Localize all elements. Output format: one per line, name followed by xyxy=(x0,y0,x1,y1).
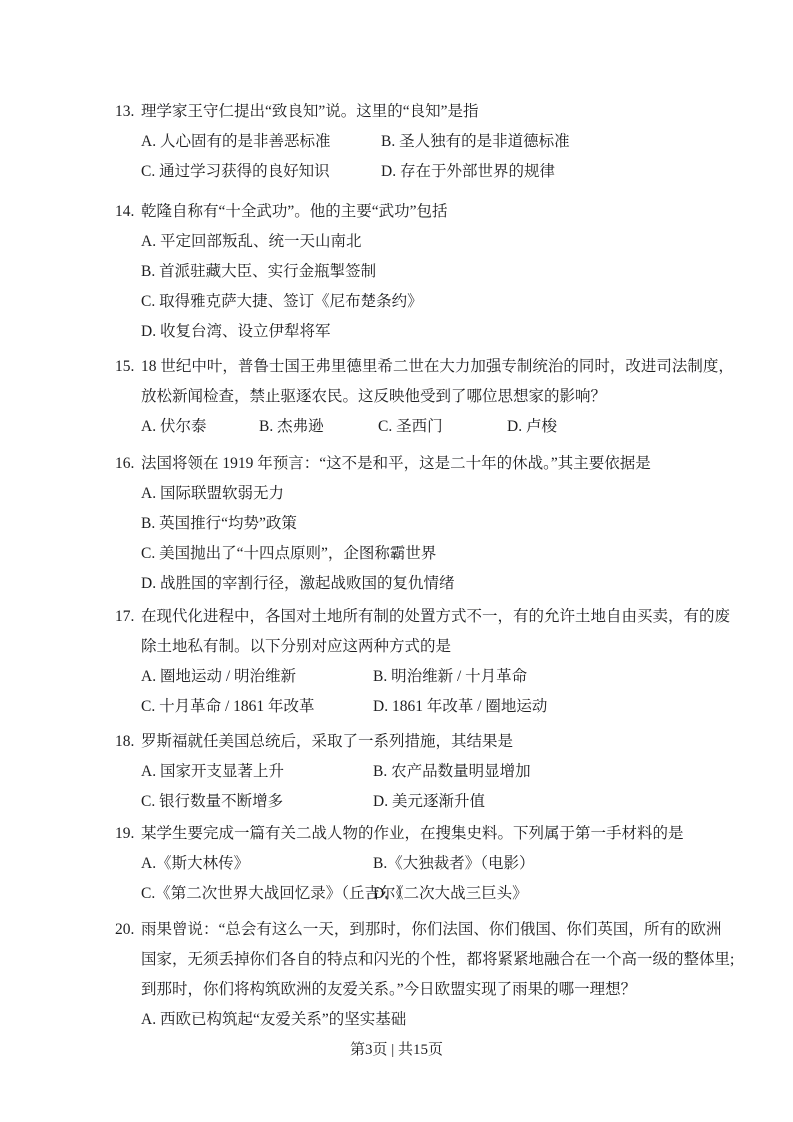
question-14-option-b: B. 首派驻藏大臣、实行金瓶掣签制 xyxy=(141,257,695,287)
question-14-option-a: A. 平定回部叛乱、统一天山南北 xyxy=(141,227,695,257)
question-15-stem-text-line1: 18 世纪中叶，普鲁士国王弗里德里希二世在大力加强专制统治的同时，改进司法制度， xyxy=(141,358,734,375)
question-18-options: A. 国家开支显著上升 B. 农产品数量明显增加 C. 银行数量不断增多 D. … xyxy=(115,757,695,817)
question-16-option-c: C. 美国抛出了“十四点原则”，企图称霸世界 xyxy=(141,539,695,569)
question-13-option-d: D. 存在于外部世界的规律 xyxy=(381,157,695,187)
question-16-stem: 16. 法国将领在 1919 年预言：“这不是和平，这是二十年的休战。”其主要依… xyxy=(115,449,695,479)
question-19-stem-text: 某学生要完成一篇有关二战人物的作业，在搜集史料。下列属于第一手材料的是 xyxy=(141,825,684,842)
question-20-stem-continued2: 到那时，你们将构筑欧洲的友爱关系。”今日欧盟实现了雨果的哪一理想？ xyxy=(115,975,695,1005)
question-17-option-c: C. 十月革命 / 1861 年改革 xyxy=(141,692,373,722)
question-18-option-c: C. 银行数量不断增多 xyxy=(141,787,373,817)
question-13: 13. 理学家王守仁提出“致良知”说。这里的“良知”是指 A. 人心固有的是非善… xyxy=(115,97,695,187)
question-15-option-d: D. 卢梭 xyxy=(507,412,695,442)
question-20-stem: 20. 雨果曾说：“总会有这么一天，到那时，你们法国、你们俄国、你们英国，所有的… xyxy=(115,915,695,945)
question-16-options: A. 国际联盟软弱无力 B. 英国推行“均势”政策 C. 美国抛出了“十四点原则… xyxy=(115,479,695,599)
page-footer: 第3页 | 共15页 xyxy=(0,1035,793,1065)
question-13-stem-text: 理学家王守仁提出“致良知”说。这里的“良知”是指 xyxy=(141,103,479,120)
question-19-number: 19. xyxy=(115,819,141,849)
question-15: 15. 18 世纪中叶，普鲁士国王弗里德里希二世在大力加强专制统治的同时，改进司… xyxy=(115,352,695,442)
question-15-option-a: A. 伏尔泰 xyxy=(141,412,259,442)
question-18: 18. 罗斯福就任美国总统后，采取了一系列措施，其结果是 A. 国家开支显著上升… xyxy=(115,727,695,817)
question-17-stem-text-line2: 除土地私有制。以下分别对应这两种方式的是 xyxy=(141,638,451,655)
page-number-indicator: 第3页 | 共15页 xyxy=(350,1042,443,1058)
question-13-option-a: A. 人心固有的是非善恶标准 xyxy=(141,127,381,157)
question-16-option-d: D. 战胜国的宰割行径，激起战败国的复仇情绪 xyxy=(141,569,695,599)
question-20-stem-text-line1: 雨果曾说：“总会有这么一天，到那时，你们法国、你们俄国、你们英国，所有的欧洲 xyxy=(141,921,721,938)
question-16-option-b: B. 英国推行“均势”政策 xyxy=(141,509,695,539)
question-20-stem-text-line2: 国家，无须丢掉你们各自的特点和闪光的个性，都将紧紧地融合在一个高一级的整体里; xyxy=(141,951,734,968)
question-17-option-d: D. 1861 年改革 / 圈地运动 xyxy=(373,692,695,722)
question-16-number: 16. xyxy=(115,449,141,479)
question-13-number: 13. xyxy=(115,97,141,127)
question-20-stem-text-line3: 到那时，你们将构筑欧洲的友爱关系。”今日欧盟实现了雨果的哪一理想？ xyxy=(141,981,636,998)
question-14-stem-text: 乾隆自称有“十全武功”。他的主要“武功”包括 xyxy=(141,203,448,220)
question-17-option-b: B. 明治维新 / 十月革命 xyxy=(373,662,695,692)
question-20-stem-continued: 国家，无须丢掉你们各自的特点和闪光的个性，都将紧紧地融合在一个高一级的整体里; xyxy=(115,945,695,975)
question-17: 17. 在现代化进程中，各国对土地所有制的处置方式不一，有的允许土地自由买卖，有… xyxy=(115,602,695,722)
question-18-number: 18. xyxy=(115,727,141,757)
question-19-option-c: C.《第二次世界大战回忆录》（丘吉尔） xyxy=(141,879,373,909)
question-14-option-c: C. 取得雅克萨大捷、签订《尼布楚条约》 xyxy=(141,287,695,317)
question-13-options: A. 人心固有的是非善恶标准 B. 圣人独有的是非道德标准 C. 通过学习获得的… xyxy=(115,127,695,187)
question-20-options: A. 西欧已构筑起“友爱关系”的坚实基础 xyxy=(115,1005,695,1035)
question-20-number: 20. xyxy=(115,915,141,945)
question-18-option-a: A. 国家开支显著上升 xyxy=(141,757,373,787)
question-19-options: A.《斯大林传》 B.《大独裁者》（电影） C.《第二次世界大战回忆录》（丘吉尔… xyxy=(115,849,695,909)
question-19-stem: 19. 某学生要完成一篇有关二战人物的作业，在搜集史料。下列属于第一手材料的是 xyxy=(115,819,695,849)
question-15-stem: 15. 18 世纪中叶，普鲁士国王弗里德里希二世在大力加强专制统治的同时，改进司… xyxy=(115,352,695,382)
question-14-options: A. 平定回部叛乱、统一天山南北 B. 首派驻藏大臣、实行金瓶掣签制 C. 取得… xyxy=(115,227,695,347)
question-20-option-a: A. 西欧已构筑起“友爱关系”的坚实基础 xyxy=(141,1005,695,1035)
question-14: 14. 乾隆自称有“十全武功”。他的主要“武功”包括 A. 平定回部叛乱、统一天… xyxy=(115,197,695,347)
question-16: 16. 法国将领在 1919 年预言：“这不是和平，这是二十年的休战。”其主要依… xyxy=(115,449,695,599)
question-13-option-c: C. 通过学习获得的良好知识 xyxy=(141,157,381,187)
question-17-option-a: A. 圈地运动 / 明治维新 xyxy=(141,662,373,692)
question-18-option-b: B. 农产品数量明显增加 xyxy=(373,757,695,787)
question-17-stem: 17. 在现代化进程中，各国对土地所有制的处置方式不一，有的允许土地自由买卖，有… xyxy=(115,602,695,632)
question-17-stem-text-line1: 在现代化进程中，各国对土地所有制的处置方式不一，有的允许土地自由买卖，有的废 xyxy=(141,608,730,625)
question-17-stem-continued: 除土地私有制。以下分别对应这两种方式的是 xyxy=(115,632,695,662)
question-17-options: A. 圈地运动 / 明治维新 B. 明治维新 / 十月革命 C. 十月革命 / … xyxy=(115,662,695,722)
question-19: 19. 某学生要完成一篇有关二战人物的作业，在搜集史料。下列属于第一手材料的是 … xyxy=(115,819,695,909)
question-20: 20. 雨果曾说：“总会有这么一天，到那时，你们法国、你们俄国、你们英国，所有的… xyxy=(115,915,695,1035)
question-16-stem-text: 法国将领在 1919 年预言：“这不是和平，这是二十年的休战。”其主要依据是 xyxy=(141,455,651,472)
question-15-stem-text-line2: 放松新闻检查，禁止驱逐农民。这反映他受到了哪位思想家的影响？ xyxy=(141,388,606,405)
question-15-stem-continued: 放松新闻检查，禁止驱逐农民。这反映他受到了哪位思想家的影响？ xyxy=(115,382,695,412)
question-14-number: 14. xyxy=(115,197,141,227)
question-18-stem-text: 罗斯福就任美国总统后，采取了一系列措施，其结果是 xyxy=(141,733,513,750)
question-19-option-b: B.《大独裁者》（电影） xyxy=(373,849,695,879)
question-16-option-a: A. 国际联盟软弱无力 xyxy=(141,479,695,509)
question-15-number: 15. xyxy=(115,352,141,382)
question-13-option-b: B. 圣人独有的是非道德标准 xyxy=(381,127,695,157)
question-17-number: 17. xyxy=(115,602,141,632)
question-15-options: A. 伏尔泰 B. 杰弗逊 C. 圣西门 D. 卢梭 xyxy=(115,412,695,442)
exam-page: 13. 理学家王守仁提出“致良知”说。这里的“良知”是指 A. 人心固有的是非善… xyxy=(0,0,793,1122)
question-19-option-d: D.《二次大战三巨头》 xyxy=(373,879,695,909)
question-13-stem: 13. 理学家王守仁提出“致良知”说。这里的“良知”是指 xyxy=(115,97,695,127)
question-19-option-a: A.《斯大林传》 xyxy=(141,849,373,879)
question-18-stem: 18. 罗斯福就任美国总统后，采取了一系列措施，其结果是 xyxy=(115,727,695,757)
question-18-option-d: D. 美元逐渐升值 xyxy=(373,787,695,817)
question-15-option-c: C. 圣西门 xyxy=(378,412,507,442)
question-14-stem: 14. 乾隆自称有“十全武功”。他的主要“武功”包括 xyxy=(115,197,695,227)
question-15-option-b: B. 杰弗逊 xyxy=(259,412,378,442)
question-14-option-d: D. 收复台湾、设立伊犁将军 xyxy=(141,317,695,347)
